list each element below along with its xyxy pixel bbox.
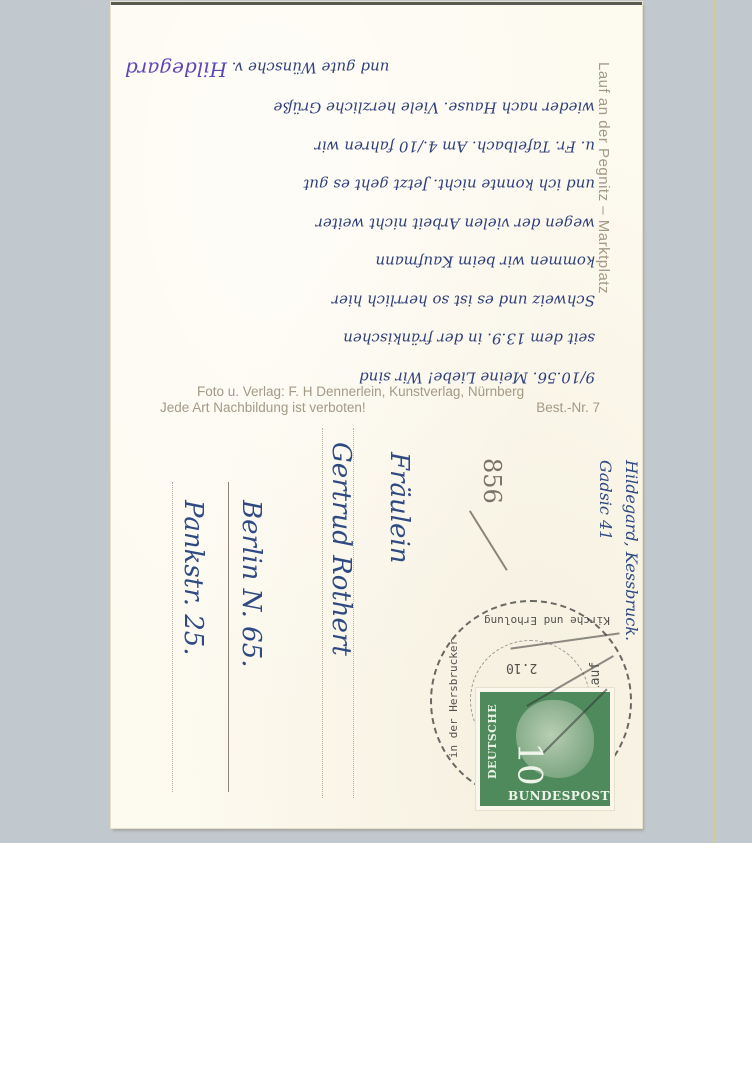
sender-line: Hildegard, Kessbruck. (622, 460, 641, 641)
handwritten-message: 9/10.56. Meine Liebe! Wir sind seit dem … (125, 48, 595, 397)
scan-edge-line (714, 0, 715, 843)
recipient-name: Gertrud Rothert (326, 442, 356, 656)
message-line: u. Fr. Tafelbach. Am 4./10 fahren wir (125, 127, 595, 166)
stamp-value: 10 (510, 742, 550, 785)
publisher-line: Foto u. Verlag: F. H Dennerlein, Kunstve… (160, 384, 600, 400)
stamp-issuer: BUNDESPOST (508, 789, 606, 803)
message-line: kommen wir beim Kaufmann (125, 243, 595, 282)
recipient-title: Fräulein (384, 452, 414, 563)
message-line: und gute Wünsche v. Hildegard (125, 48, 595, 89)
postmark-left-text: in der Hersbrucker (447, 639, 460, 758)
recipient-city: Berlin N. 65. (236, 500, 266, 668)
address-rule (172, 482, 173, 792)
copyright-notice: Jede Art Nachbildung ist verboten! (160, 400, 366, 416)
recipient-street: Pankstr. 25. (178, 500, 208, 656)
signature: Hildegard (125, 58, 227, 82)
message-line: wieder nach Hause. Viele herzliche Grüße (125, 89, 595, 128)
message-line: wegen der vielen Arbeit nicht weiter (125, 204, 595, 243)
publisher-imprint: Foto u. Verlag: F. H Dennerlein, Kunstve… (160, 384, 600, 416)
address-rule (322, 428, 323, 798)
cancellation-lines (500, 620, 630, 740)
pencil-note: 856 (478, 458, 506, 504)
address-rule (228, 482, 229, 792)
message-closing: und gute Wünsche v. (232, 59, 390, 77)
sender-line: Gadsic 41 (596, 460, 615, 540)
message-line: und ich konnte nicht. Jetzt geht es gut (125, 166, 595, 205)
message-line: Schweiz und es ist so herrlich hier (125, 281, 595, 320)
order-number: Best.-Nr. 7 (536, 400, 600, 416)
message-line: seit dem 13.9. in der fränkischen (125, 320, 595, 359)
